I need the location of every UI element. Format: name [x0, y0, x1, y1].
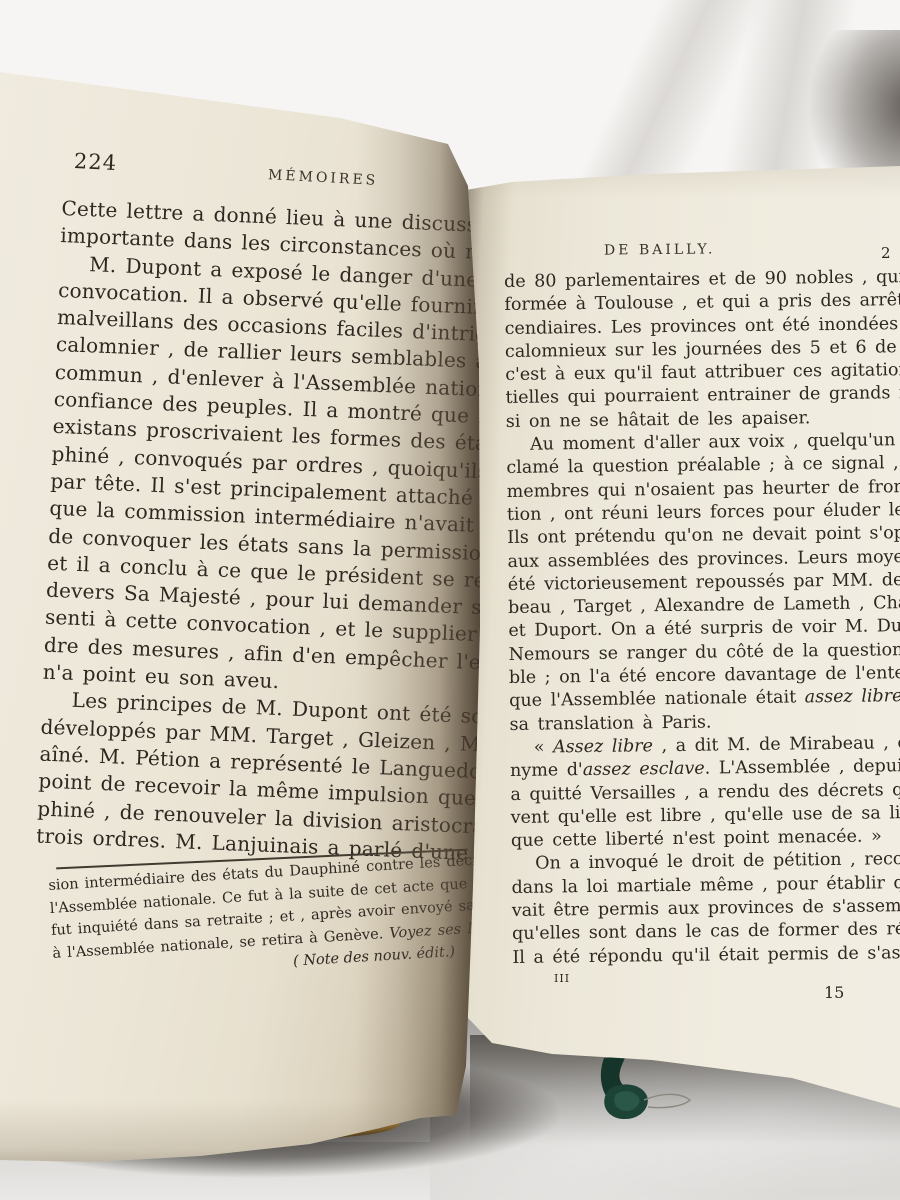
left-page-text: Cette lettre a donné lieu à une discussi…	[36, 196, 502, 868]
text-line: Il a été répondu qu'il était permis de s…	[512, 943, 900, 971]
left-page: 224 MÉMOIRES Cette lettre a donné lieu à…	[0, 66, 500, 1170]
left-page-footnote: sion intermédiaire des états du Dauphiné…	[48, 852, 484, 989]
ribbon-thread	[644, 1094, 690, 1107]
right-page-number: 2	[881, 244, 891, 262]
book-photo-scene: DE BAILLY. 2 de 80 parlementaires et de …	[0, 0, 900, 1200]
bookmark-ribbon	[578, 1056, 738, 1142]
left-running-header: MÉMOIRES	[268, 167, 379, 189]
right-page: DE BAILLY. 2 de 80 parlementaires et de …	[452, 138, 900, 1120]
signature-number-mark: 15	[824, 983, 844, 1002]
right-page-text: de 80 parlementaires et de 90 nobles , q…	[504, 267, 900, 971]
left-page-number: 224	[73, 149, 117, 175]
right-running-header: DE BAILLY.	[604, 241, 716, 258]
signature-volume-mark: III	[554, 972, 570, 985]
